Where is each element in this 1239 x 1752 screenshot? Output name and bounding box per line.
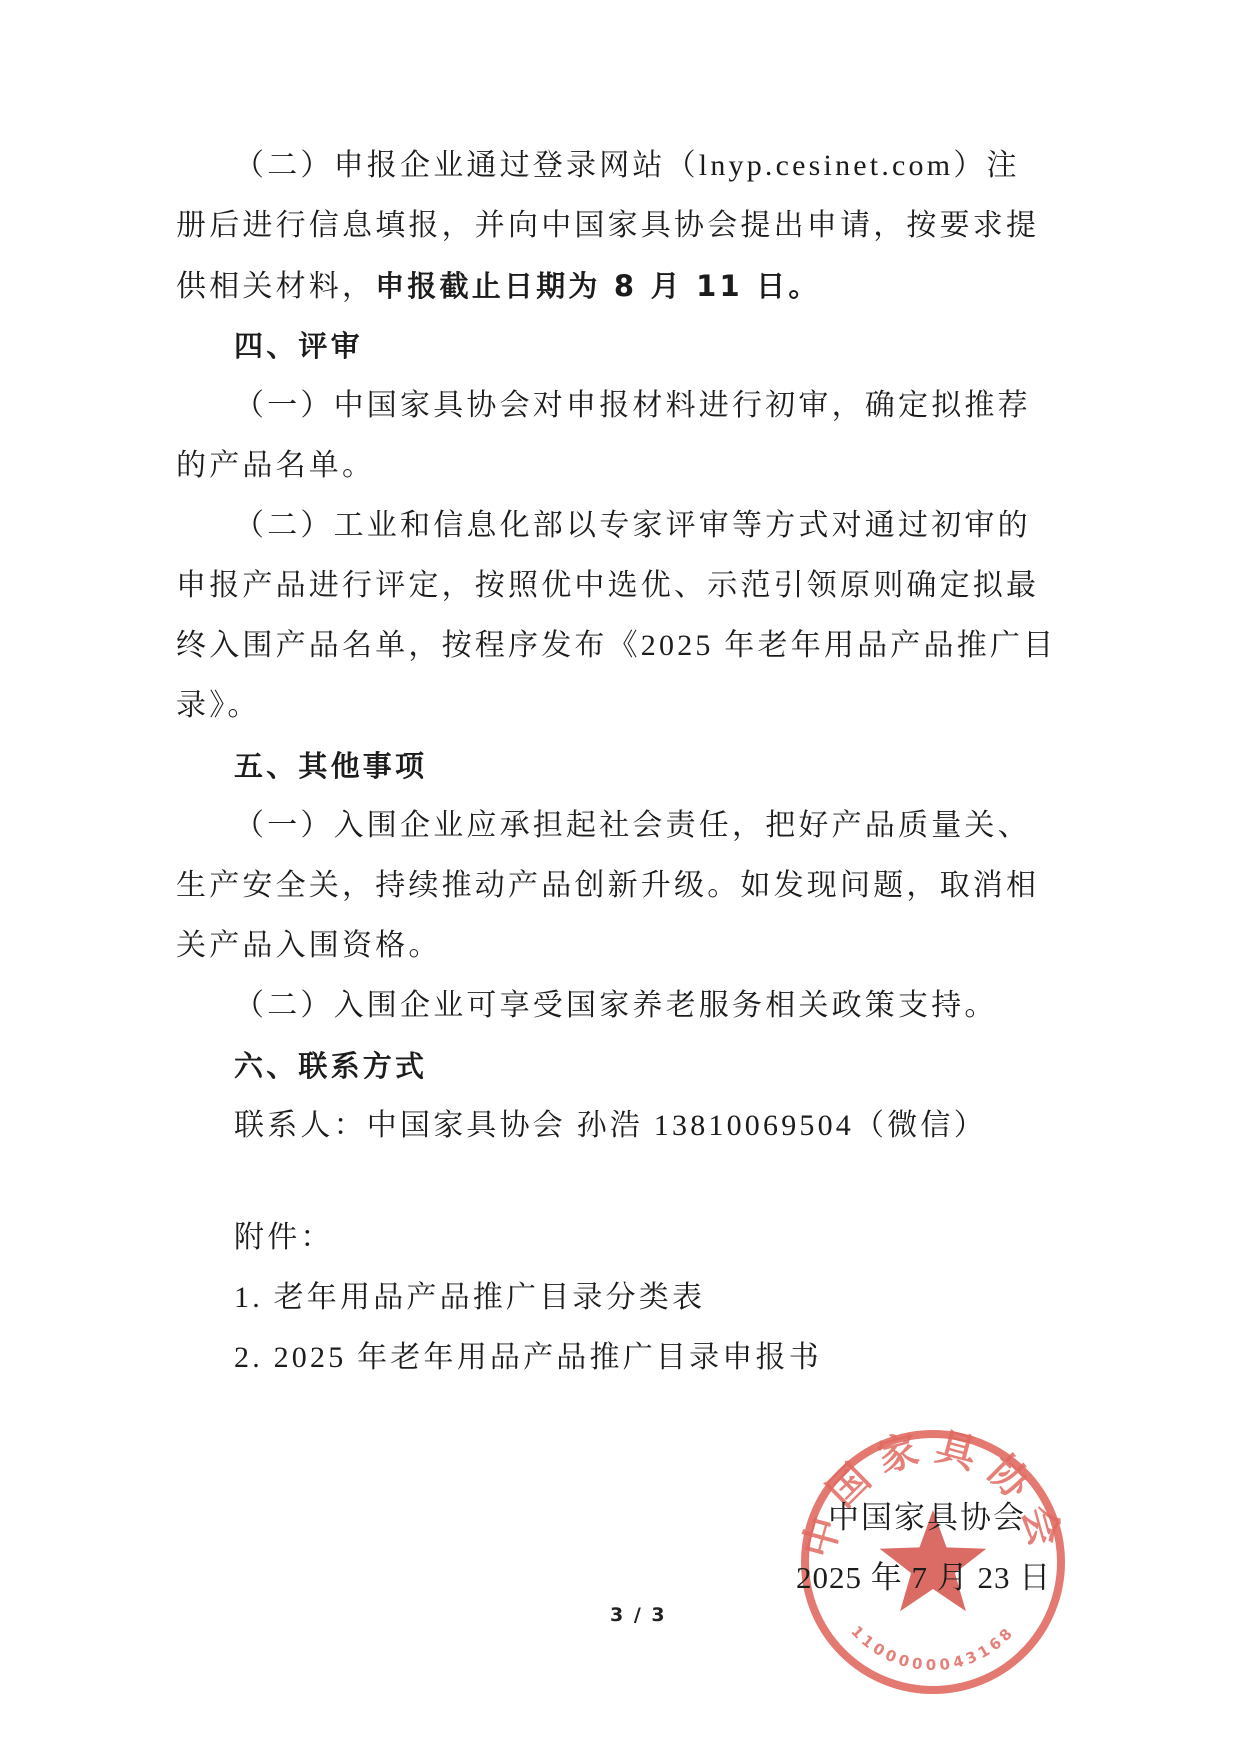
section-heading-contact: 六、联系方式 (176, 1036, 1088, 1096)
attachments-label: 附件： (176, 1208, 1088, 1268)
paragraph-line: 终入围产品名单，按程序发布《2025 年老年用品产品推广目 (176, 616, 1088, 676)
attachment-item-1: 1. 老年用品产品推广目录分类表 (176, 1268, 1088, 1328)
paragraph-line: （一）入围企业应承担起社会责任，把好产品质量关、 (176, 796, 1088, 856)
contact-person-line: 联系人：中国家具协会 孙浩 13810069504（微信） (176, 1096, 1088, 1156)
paragraph-line: 录》。 (176, 676, 1088, 736)
section-heading-other-matters: 五、其他事项 (176, 736, 1088, 796)
section-heading-review: 四、评审 (176, 316, 1088, 376)
paragraph-line: （二）工业和信息化部以专家评审等方式对通过初审的 (176, 496, 1088, 556)
paragraph-line: 册后进行信息填报，并向中国家具协会提出申请，按要求提 (176, 196, 1088, 256)
paragraph-line: （二）入围企业可享受国家养老服务相关政策支持。 (176, 976, 1088, 1036)
document-page: （二）申报企业通过登录网站（lnyp.cesinet.com）注 册后进行信息填… (0, 0, 1239, 1752)
paragraph-line: 的产品名单。 (176, 436, 1088, 496)
paragraph-line: 生产安全关，持续推动产品创新升级。如发现问题，取消相 (176, 856, 1088, 916)
paragraph-line: （一）中国家具协会对申报材料进行初审，确定拟推荐 (176, 376, 1088, 436)
svg-text:1100000043168: 1100000043168 (847, 1622, 1018, 1674)
paragraph-line: 关产品入围资格。 (176, 916, 1088, 976)
seal-code-text: 1100000043168 (847, 1622, 1018, 1674)
paragraph-line: 申报产品进行评定，按照优中选优、示范引领原则确定拟最 (176, 556, 1088, 616)
page-number: 3 / 3 (610, 1604, 667, 1626)
paragraph-line-with-deadline: 供相关材料，申报截止日期为 8 月 11 日。 (176, 256, 1088, 316)
attachment-item-2: 2. 2025 年老年用品产品推广目录申报书 (176, 1328, 1088, 1388)
signature-date: 2025 年 7 月 23 日 (796, 1552, 1051, 1597)
deadline-bold-text: 申报截止日期为 8 月 11 日。 (375, 269, 820, 303)
signature-org: 中国家具协会 (828, 1492, 1026, 1537)
paragraph-text: 供相关材料， (176, 270, 375, 303)
paragraph-line: （二）申报企业通过登录网站（lnyp.cesinet.com）注 (176, 136, 1088, 196)
document-body: （二）申报企业通过登录网站（lnyp.cesinet.com）注 册后进行信息填… (176, 136, 1088, 1388)
